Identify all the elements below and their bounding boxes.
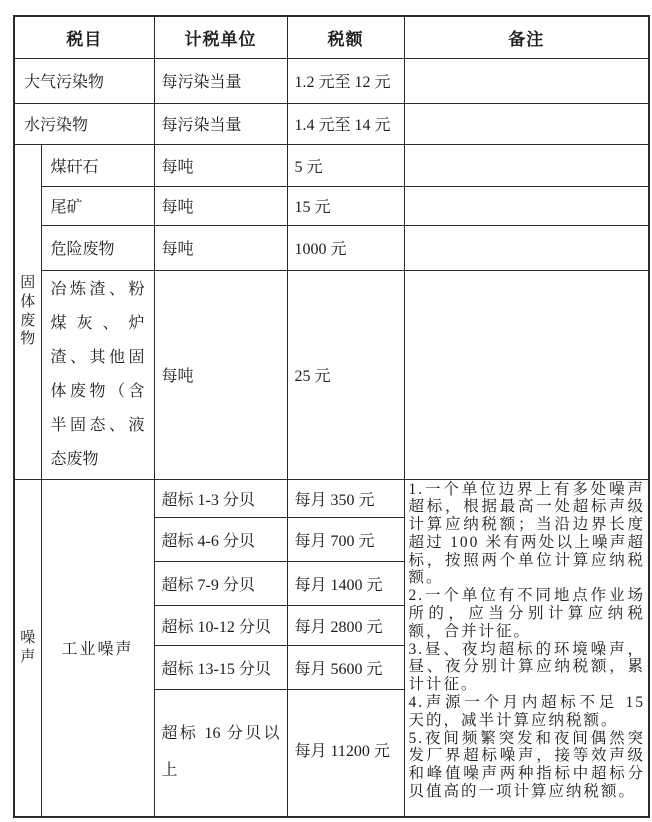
cell-remarks-empty — [404, 103, 649, 144]
table-row-other-solid-waste: 冶炼渣、粉煤灰、炉渣、其他固体废物（含半固态、液态废物 每吨 25 元 — [14, 270, 649, 479]
cell-noise-remarks: 1.一个单位边界上有多处噪声超标，根据最高一处超标声级计算应纳税额；当沿边界长度… — [404, 479, 649, 817]
cell-tax-item: 水污染物 — [14, 103, 154, 144]
cell-noise-level: 超标 16 分贝以上 — [154, 689, 287, 817]
table-row-water-pollutants: 水污染物 每污染当量 1.4 元至 14 元 — [14, 103, 649, 144]
document-page: 税目 计税单位 税额 备注 大气污染物 每污染当量 1.2 元至 12 元 水污… — [0, 0, 652, 818]
header-tax-item: 税目 — [14, 16, 154, 58]
cell-remarks-empty — [404, 270, 649, 479]
cell-tax-item: 煤矸石 — [41, 144, 154, 186]
cell-tax-amount: 1000 元 — [287, 225, 404, 270]
cell-remarks-empty — [404, 144, 649, 186]
cell-tax-amount: 5 元 — [287, 144, 404, 186]
group-label-solid-waste: 固体废物 — [14, 144, 41, 479]
cell-tax-amount: 25 元 — [287, 270, 404, 479]
cell-tax-unit: 每吨 — [154, 144, 287, 186]
group-label-noise: 噪声 — [14, 479, 41, 817]
header-tax-unit: 计税单位 — [154, 16, 287, 58]
table-row-air-pollutants: 大气污染物 每污染当量 1.2 元至 12 元 — [14, 58, 649, 103]
cell-tax-item: 危险废物 — [41, 225, 154, 270]
header-row: 税目 计税单位 税额 备注 — [14, 16, 649, 58]
cell-remarks-empty — [404, 186, 649, 225]
cell-noise-level: 超标 7-9 分贝 — [154, 561, 287, 605]
cell-industrial-noise: 工业噪声 — [41, 479, 154, 817]
cell-tax-unit: 每吨 — [154, 186, 287, 225]
table-row-hazardous-waste: 危险废物 每吨 1000 元 — [14, 225, 649, 270]
cell-tax-unit: 每污染当量 — [154, 103, 287, 144]
cell-tax-item: 大气污染物 — [14, 58, 154, 103]
table-row-tailings: 尾矿 每吨 15 元 — [14, 186, 649, 225]
cell-tax-amount: 1.2 元至 12 元 — [287, 58, 404, 103]
tax-rate-table: 税目 计税单位 税额 备注 大气污染物 每污染当量 1.2 元至 12 元 水污… — [13, 15, 650, 818]
cell-tax-unit: 每污染当量 — [154, 58, 287, 103]
group-label-noise-text: 噪声 — [19, 629, 36, 667]
cell-tax-amount: 每月 11200 元 — [287, 689, 404, 817]
cell-tax-amount: 15 元 — [287, 186, 404, 225]
cell-remarks-empty — [404, 58, 649, 103]
cell-tax-item: 冶炼渣、粉煤灰、炉渣、其他固体废物（含半固态、液态废物 — [41, 270, 154, 479]
cell-tax-amount: 每月 5600 元 — [287, 645, 404, 689]
table-row-coal-gangue: 固体废物 煤矸石 每吨 5 元 — [14, 144, 649, 186]
cell-noise-level: 超标 10-12 分贝 — [154, 605, 287, 645]
header-remarks: 备注 — [404, 16, 649, 58]
cell-tax-amount: 每月 1400 元 — [287, 561, 404, 605]
cell-tax-unit: 每吨 — [154, 225, 287, 270]
group-label-solid-waste-text: 固体废物 — [19, 274, 36, 349]
cell-tax-item: 尾矿 — [41, 186, 154, 225]
cell-tax-amount: 每月 350 元 — [287, 479, 404, 517]
cell-tax-amount: 每月 2800 元 — [287, 605, 404, 645]
cell-noise-level: 超标 13-15 分贝 — [154, 645, 287, 689]
cell-noise-level: 超标 4-6 分贝 — [154, 517, 287, 561]
header-tax-amount: 税额 — [287, 16, 404, 58]
cell-noise-level: 超标 1-3 分贝 — [154, 479, 287, 517]
cell-tax-unit: 每吨 — [154, 270, 287, 479]
table-row-noise-1-3: 噪声 工业噪声 超标 1-3 分贝 每月 350 元 1.一个单位边界上有多处噪… — [14, 479, 649, 517]
cell-tax-amount: 1.4 元至 14 元 — [287, 103, 404, 144]
cell-tax-amount: 每月 700 元 — [287, 517, 404, 561]
cell-remarks-empty — [404, 225, 649, 270]
